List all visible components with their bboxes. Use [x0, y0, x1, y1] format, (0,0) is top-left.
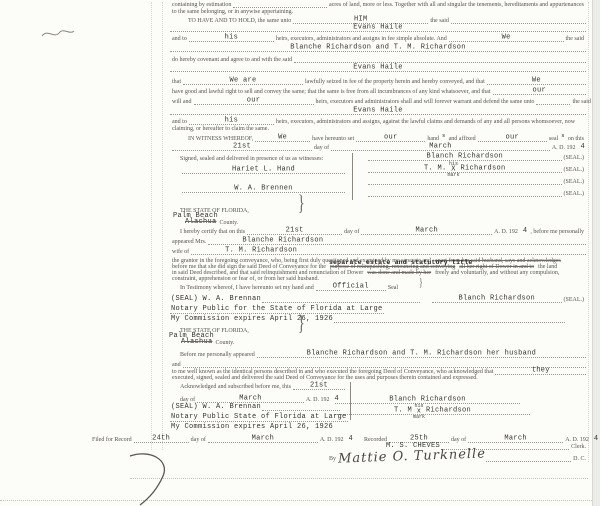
fill-in-line — [536, 95, 570, 105]
grantee-name-2: Evans Haile — [170, 63, 586, 72]
typed-entry: s — [560, 132, 566, 139]
typed-entry: Notary Public State of Florida at Large — [170, 413, 348, 422]
printed-text: Filed for Record — [90, 437, 134, 443]
before-me-appeared-line: Before me personally appearedBlanche Ric… — [178, 349, 586, 358]
grantee-name-3: Evans Haile — [170, 106, 586, 115]
printed-text: Seal — [386, 285, 400, 291]
fill-in-line: March — [208, 433, 318, 443]
printed-text: Clerk. — [569, 444, 588, 450]
printed-text: (SEAL.) — [562, 191, 587, 197]
typed-entry: s — [441, 132, 447, 139]
fill-in-line — [262, 293, 420, 303]
printed-text: (SEAL.) — [562, 179, 587, 185]
fill-in-line: 24th — [134, 433, 189, 443]
typed-entry: (SEAL) W. A. Brennan — [170, 403, 262, 411]
fill-in-line: We — [449, 32, 564, 42]
commission-line-2: My Commission expires April 26, 1926 — [170, 422, 586, 431]
fill-in-line: Evans Haile — [170, 105, 586, 115]
seisin-clause: thatWe arelawfully seized in fee of the … — [170, 76, 586, 85]
typed-entry: (SEAL) W. A. Brennan — [170, 295, 262, 303]
witness-seal-divider — [352, 153, 353, 200]
fill-in-line: our — [493, 85, 587, 95]
printed-text: Acknowledged and subscribed before me, t… — [178, 384, 293, 390]
executed-clause: executed, signed, sealed and delivered t… — [170, 372, 586, 381]
printed-text: In Testimony whereof, I have hereunto se… — [178, 285, 316, 291]
fill-in-line: March — [331, 141, 550, 151]
fill-in-line: We are — [183, 75, 303, 85]
seal-line-3: (SEAL.) — [368, 176, 586, 185]
grantee-name-1: Evans Haile — [170, 23, 586, 32]
typed-entry: 4 — [579, 143, 586, 151]
acknowledgment-seal-line: Blanch Richardson(SEAL.) — [432, 294, 586, 303]
fill-in-line: Official — [316, 281, 386, 291]
fill-in-line: W. A. Brennen — [182, 183, 345, 193]
notary-signature-2: (SEAL) W. A. Brennan — [170, 402, 340, 411]
certify-clause: I hereby certify that on this21stday ofM… — [178, 226, 586, 235]
fill-in-line: We — [487, 75, 586, 85]
typed-entry: 4 — [593, 435, 600, 443]
fill-in-line: Blanch Richardson — [432, 293, 562, 303]
fill-in-line: our — [194, 95, 314, 105]
fill-in-line: Evans Haile — [170, 22, 586, 32]
grantor-names-line: Blanche Richardson and T. M. Richardson — [170, 43, 586, 52]
witness-heading: Signed, sealed and delivered in presence… — [178, 153, 352, 162]
typed-entry: My Commission expires April 26, 1926 — [170, 423, 334, 431]
binding-rule-left-2 — [162, 2, 163, 450]
margin-squiggle-mark — [40, 26, 76, 42]
warrant-clause: will andourheirs, executors and administ… — [170, 96, 586, 105]
fill-in-line: Blanche Richardson and T. M. Richardson … — [257, 348, 586, 358]
defend-clause-2: claiming, or hereafter to claim the same… — [170, 123, 586, 132]
document-page: containing by estimationacres of land, m… — [0, 0, 600, 506]
printed-text: that — [170, 79, 183, 85]
fill-in-line: his — [189, 32, 274, 42]
notary-signature-1: (SEAL) W. A. Brennan — [170, 294, 420, 303]
deputy-clerk-line: ByMattie O. TurknelleD. C. — [327, 453, 588, 462]
ledger-rule-1 — [130, 478, 588, 479]
fill-in-line: 21st — [247, 225, 342, 235]
county-line-2: AlachuaCounty. — [180, 337, 586, 346]
fill-in-line: March — [361, 225, 492, 235]
printed-text: day of — [189, 437, 208, 443]
fill-in-line — [262, 401, 340, 411]
fill-in-line — [368, 187, 562, 197]
fill-in-line: 21st — [172, 141, 312, 151]
his-mark-signature: T. Mhisxmark Richardson — [394, 399, 471, 414]
his-mark-signature: T. M. hisXmark Richardson — [424, 157, 506, 172]
printed-text: (SEAL.) — [562, 297, 587, 303]
execution-date-line: 21stday ofMarchA. D. 1924 — [172, 142, 586, 151]
printed-text: (SEAL.) — [562, 155, 587, 161]
typed-entry: Alachua — [184, 218, 218, 226]
wife-of-line: wife ofT. M. Richardson — [170, 246, 586, 255]
fill-in-line: Blanche Richardson and T. M. Richardson — [170, 42, 586, 52]
binding-rule-right — [588, 2, 589, 462]
brace-glyph: } — [298, 314, 305, 332]
typed-entry: Alachua — [180, 338, 214, 346]
fill-in-line: T. M. hisXmark Richardson — [368, 163, 562, 173]
testimony-line: In Testimony whereof, I have hereunto se… — [178, 282, 420, 291]
fill-in-line: Evans Haile — [170, 62, 586, 72]
printed-text: (SEAL.) — [562, 167, 587, 173]
printed-text: D. C. — [571, 456, 588, 462]
page-edge-shadow — [592, 0, 600, 506]
typed-entry: My Commission expires April 26, 1926 — [170, 315, 334, 323]
witness-signature-2: W. A. Brennen — [182, 184, 345, 193]
printed-text: By — [327, 456, 338, 462]
fill-in-line: Hariet L. Hand — [182, 164, 345, 174]
acknowledged-line: Acknowledged and subscribed before me, t… — [178, 381, 345, 390]
appeared-line: appeared Mrs.Blanche Richardson — [170, 236, 586, 245]
right-to-sell-clause: have good and lawful right to sell and c… — [170, 86, 586, 95]
printed-text: lawfully seized in fee of the property h… — [303, 79, 487, 85]
fill-in-line — [334, 313, 565, 323]
seal-line-2: T. M. hisXmark Richardson(SEAL.) — [368, 164, 586, 173]
brace-glyph: } — [419, 278, 423, 288]
witness-signature-1: Hariet L. Hand — [182, 165, 345, 174]
printed-text: day of — [312, 145, 331, 151]
heirs-assigns-clause: and tohisheirs, executors, administrator… — [170, 33, 586, 42]
seal-line-4: (SEAL.) — [368, 188, 586, 197]
pen-flourish-mark — [120, 448, 182, 506]
ledger-rule-2 — [0, 500, 592, 501]
testimony-bracket: } — [418, 279, 586, 288]
fill-in-line — [368, 175, 562, 185]
fill-in-line: 21st — [293, 380, 345, 390]
printed-text: Signed, sealed and delivered in presence… — [178, 156, 325, 162]
fill-in-line — [486, 452, 571, 462]
brace-glyph: } — [298, 194, 305, 212]
fill-in-line: T. M. Richardson — [191, 245, 586, 255]
binding-rule-left-1 — [151, 2, 152, 450]
printed-text: County. — [214, 340, 237, 346]
fill-in-line: Blanche Richardson — [208, 235, 586, 245]
notary-title-2: Notary Public State of Florida at Large — [170, 413, 586, 422]
commission-line-1: My Commission expires April 26, 1926 — [170, 314, 565, 323]
